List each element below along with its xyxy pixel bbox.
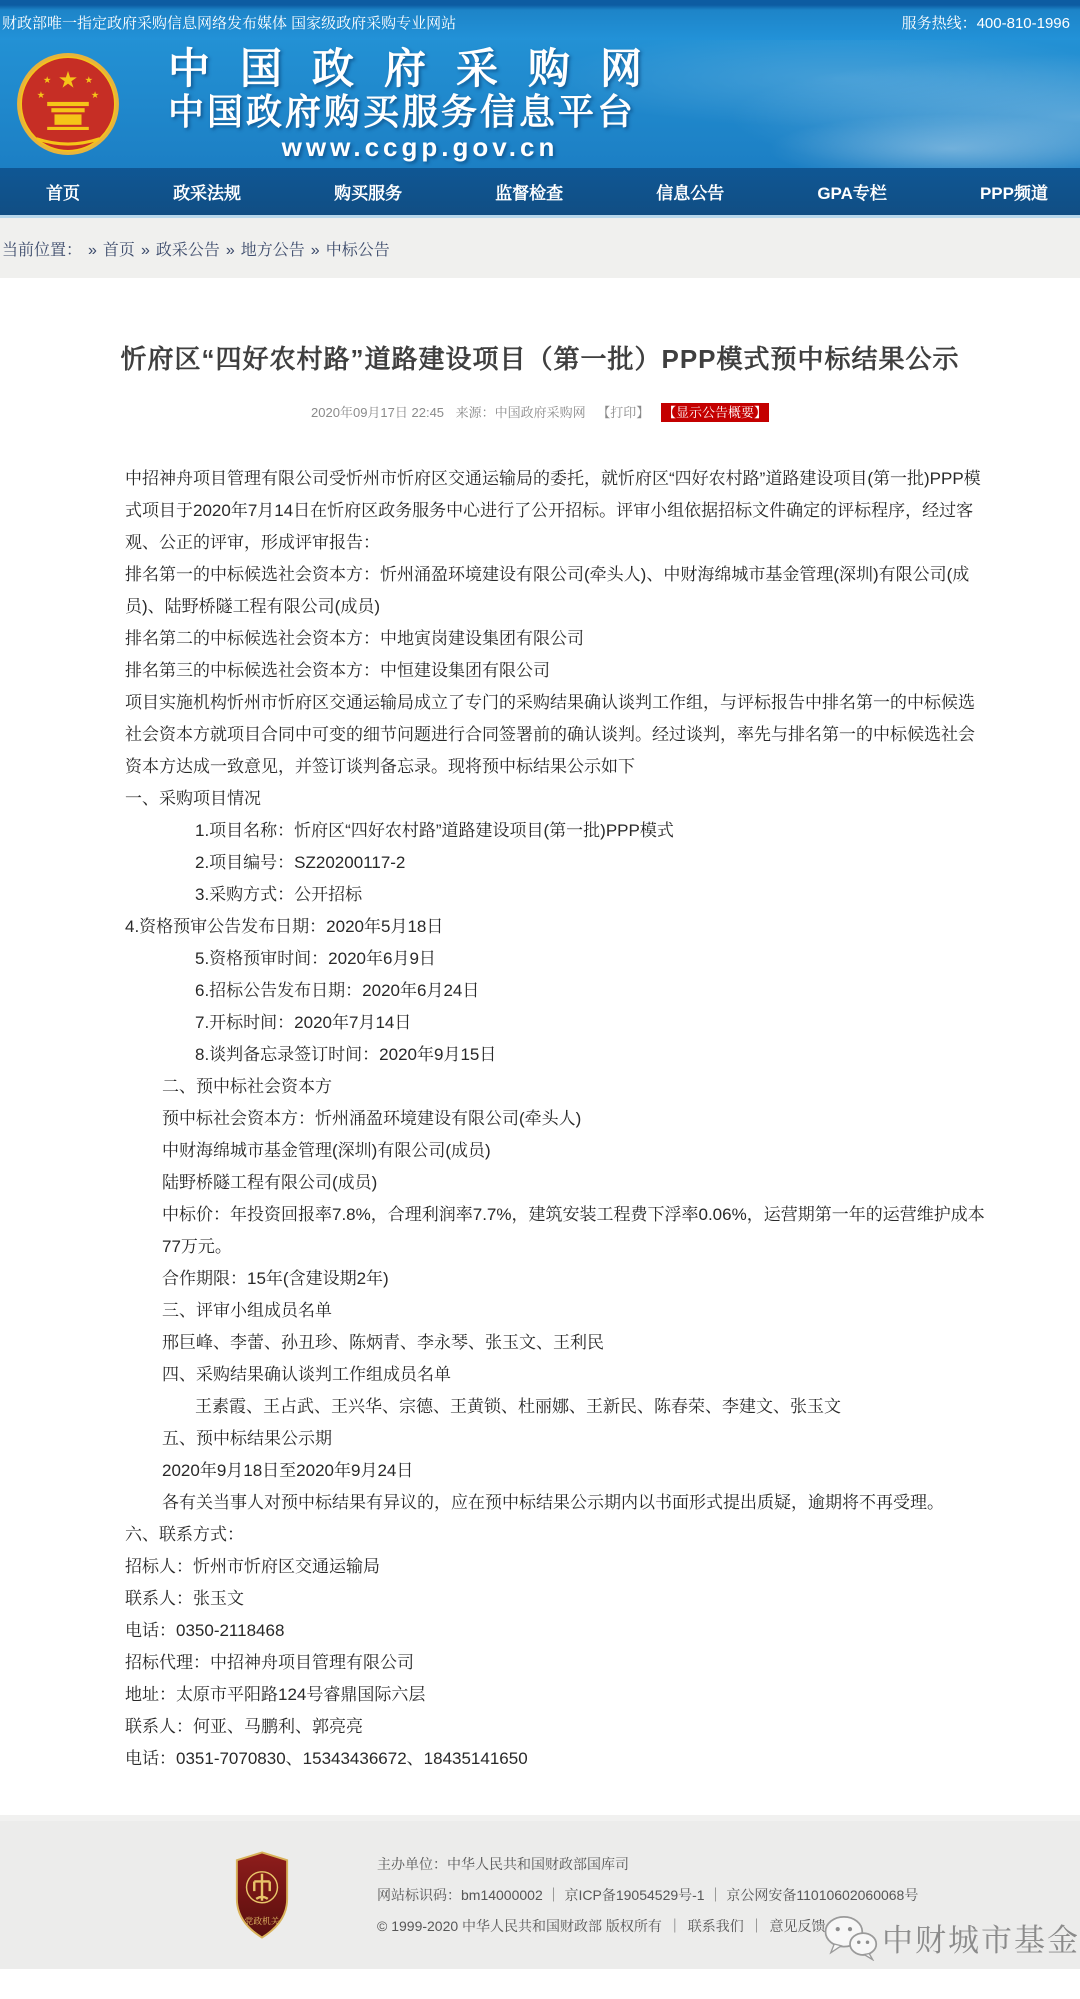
- article-paragraph: 五、预中标结果公示期: [162, 1423, 985, 1455]
- site-header: ★ ★ ★ ★ ★ 中国政府采购网 中国政府购买服务信息平台 www.ccgp.…: [0, 40, 1080, 168]
- article-paragraph: 六、联系方式：: [125, 1519, 985, 1551]
- svg-text:★: ★: [91, 90, 99, 100]
- gov-badge-label: 党政机关: [245, 1915, 280, 1926]
- article-paragraph: 一、采购项目情况: [125, 783, 985, 815]
- breadcrumb-segment: »首页: [82, 242, 135, 259]
- article-paragraph: 2020年9月18日至2020年9月24日: [162, 1455, 985, 1487]
- site-tagline: 财政部唯一指定政府采购信息网络发布媒体 国家级政府采购专业网站: [2, 12, 456, 33]
- article-paragraph: 四、采购结果确认谈判工作组成员名单: [162, 1359, 985, 1391]
- footer-copyright: © 1999-2020 中华人民共和国财政部 版权所有: [377, 1918, 662, 1934]
- article-paragraph: 王素霞、王占武、王兴华、宗德、王黄锁、杜丽娜、王新民、陈春荣、李建文、张玉文: [195, 1391, 985, 1423]
- breadcrumb-link[interactable]: 政采公告: [156, 242, 220, 259]
- article-paragraph: 6.招标公告发布日期：2020年6月24日: [195, 975, 985, 1007]
- article-paragraph: 电话：0350-2118468: [125, 1615, 985, 1647]
- nav-item[interactable]: 监督检查: [495, 179, 563, 204]
- article-paragraph: 2.项目编号：SZ20200117-2: [195, 847, 985, 879]
- show-summary-button[interactable]: 【显示公告概要】: [661, 403, 769, 422]
- nav-item[interactable]: 政采法规: [173, 179, 241, 204]
- article-paragraph: 预中标社会资本方：忻州涌盈环境建设有限公司(牵头人): [162, 1103, 985, 1135]
- article-paragraph: 4.资格预审公告发布日期：2020年5月18日: [125, 911, 985, 943]
- footer-code-line: 网站标识码：bm14000002 ｜ 京ICP备19054529号-1 ｜ 京公…: [377, 1880, 918, 1911]
- article-paragraph: 各有关当事人对预中标结果有异议的，应在预中标结果公示期内以书面形式提出质疑，逾期…: [162, 1487, 985, 1519]
- article-paragraph: 三、评审小组成员名单: [162, 1295, 985, 1327]
- article-paragraph: 陆野桥隧工程有限公司(成员): [162, 1167, 985, 1199]
- svg-text:★: ★: [85, 75, 93, 85]
- article-paragraph: 中财海绵城市基金管理(深圳)有限公司(成员): [162, 1135, 985, 1167]
- article-paragraph: 项目实施机构忻州市忻府区交通运输局成立了专门的采购结果确认谈判工作组，与评标报告…: [125, 687, 985, 783]
- watermark-text: 中财城市基金: [882, 1915, 1080, 1960]
- footer-separator: ｜: [750, 1918, 764, 1934]
- article-paragraph: 1.项目名称：忻府区“四好农村路”道路建设项目(第一批)PPP模式: [195, 815, 985, 847]
- article-paragraph: 地址：太原市平阳路124号睿鼎国际六层: [125, 1679, 985, 1711]
- breadcrumb-items: »首页»政采公告»地方公告»中标公告: [82, 237, 390, 260]
- article-paragraph: 中标价：年投资回报率7.8%，合理利润率7.7%，建筑安装工程费下浮率0.06%…: [162, 1199, 985, 1263]
- wechat-watermark: 中财城市基金: [822, 1913, 1080, 1961]
- breadcrumb-label: 当前位置：: [2, 237, 82, 260]
- nav-item[interactable]: 首页: [46, 179, 80, 204]
- svg-text:★: ★: [43, 75, 51, 85]
- article-paragraph: 邢巨峰、李蕾、孙丑珍、陈炳青、李永琴、张玉文、王利民: [162, 1327, 985, 1359]
- breadcrumb: 当前位置： »首页»政采公告»地方公告»中标公告: [0, 218, 1080, 278]
- breadcrumb-segment: »地方公告: [220, 242, 305, 259]
- article-body: 中招神舟项目管理有限公司受忻州市忻府区交通运输局的委托，就忻府区“四好农村路”道…: [0, 463, 1080, 1775]
- article-paragraph: 电话：0351-7070830、15343436672、18435141650: [125, 1743, 985, 1775]
- feedback-link[interactable]: 意见反馈: [770, 1918, 826, 1934]
- gov-badge-icon[interactable]: 党政机关: [233, 1850, 291, 1940]
- article-paragraph: 合作期限：15年(含建设期2年): [162, 1263, 985, 1295]
- article-paragraph: 联系人：何亚、马鹏利、郭亮亮: [125, 1711, 985, 1743]
- article-container: 忻府区“四好农村路”道路建设项目（第一批）PPP模式预中标结果公示 2020年0…: [0, 278, 1080, 1815]
- breadcrumb-link[interactable]: 地方公告: [241, 242, 305, 259]
- national-emblem-icon: ★ ★ ★ ★ ★: [16, 52, 120, 156]
- article-paragraph: 中招神舟项目管理有限公司受忻州市忻府区交通运输局的委托，就忻府区“四好农村路”道…: [125, 463, 985, 559]
- contact-us-link[interactable]: 联系我们: [688, 1918, 744, 1934]
- nav-item[interactable]: 信息公告: [656, 179, 724, 204]
- site-title-block: 中国政府采购网 中国政府购买服务信息平台 www.ccgp.gov.cn: [168, 46, 672, 162]
- article-paragraph: 招标代理：中招神舟项目管理有限公司: [125, 1647, 985, 1679]
- print-button[interactable]: 【打印】: [597, 405, 649, 420]
- top-bar: 财政部唯一指定政府采购信息网络发布媒体 国家级政府采购专业网站 服务热线：400…: [0, 0, 1080, 40]
- article-title: 忻府区“四好农村路”道路建设项目（第一批）PPP模式预中标结果公示: [70, 340, 1010, 378]
- article-source: 来源：中国政府采购网: [456, 405, 586, 420]
- article-paragraph: 排名第三的中标候选社会资本方：中恒建设集团有限公司: [125, 655, 985, 687]
- nav-item[interactable]: GPA专栏: [817, 179, 887, 204]
- breadcrumb-separator: »: [226, 242, 235, 259]
- nav-item[interactable]: PPP频道: [980, 179, 1048, 204]
- breadcrumb-segment: »中标公告: [305, 242, 390, 259]
- article-paragraph: 排名第一的中标候选社会资本方：忻州涌盈环境建设有限公司(牵头人)、中财海绵城市基…: [125, 559, 985, 623]
- breadcrumb-separator: »: [88, 242, 97, 259]
- site-subtitle: 中国政府购买服务信息平台: [168, 92, 672, 132]
- nav-item[interactable]: 购买服务: [334, 179, 402, 204]
- article-paragraph: 7.开标时间：2020年7月14日: [195, 1007, 985, 1039]
- service-hotline: 服务热线：400-810-1996: [902, 12, 1070, 33]
- svg-text:★: ★: [37, 90, 45, 100]
- article-paragraph: 3.采购方式：公开招标: [195, 879, 985, 911]
- article-paragraph: 5.资格预审时间：2020年6月9日: [195, 943, 985, 975]
- article-paragraph: 排名第二的中标候选社会资本方：中地寅岗建设集团有限公司: [125, 623, 985, 655]
- article-meta: 2020年09月17日 22:45 来源：中国政府采购网 【打印】 【显示公告概…: [0, 402, 1080, 421]
- site-logo[interactable]: ★ ★ ★ ★ ★ 中国政府采购网 中国政府购买服务信息平台 www.ccgp.…: [16, 46, 672, 162]
- article-paragraph: 8.谈判备忘录签订时间：2020年9月15日: [195, 1039, 985, 1071]
- article-paragraph: 二、预中标社会资本方: [162, 1071, 985, 1103]
- breadcrumb-link[interactable]: 首页: [103, 242, 135, 259]
- site-url: www.ccgp.gov.cn: [168, 132, 672, 162]
- svg-text:★: ★: [58, 66, 79, 92]
- breadcrumb-link[interactable]: 中标公告: [326, 242, 390, 259]
- page-footer: 党政机关 主办单位：中华人民共和国财政部国库司 网站标识码：bm14000002…: [0, 1815, 1080, 1969]
- site-name: 中国政府采购网: [168, 46, 672, 92]
- wechat-icon: [822, 1913, 878, 1961]
- main-nav: 首页政采法规购买服务监督检查信息公告GPA专栏PPP频道: [0, 168, 1080, 218]
- article-datetime: 2020年09月17日 22:45: [311, 405, 444, 420]
- breadcrumb-segment: »政采公告: [135, 242, 220, 259]
- article-paragraph: 联系人：张玉文: [125, 1583, 985, 1615]
- footer-host-line: 主办单位：中华人民共和国财政部国库司: [377, 1849, 918, 1880]
- footer-separator: ｜: [668, 1918, 682, 1934]
- breadcrumb-separator: »: [141, 242, 150, 259]
- breadcrumb-separator: »: [311, 242, 320, 259]
- article-paragraph: 招标人：忻州市忻府区交通运输局: [125, 1551, 985, 1583]
